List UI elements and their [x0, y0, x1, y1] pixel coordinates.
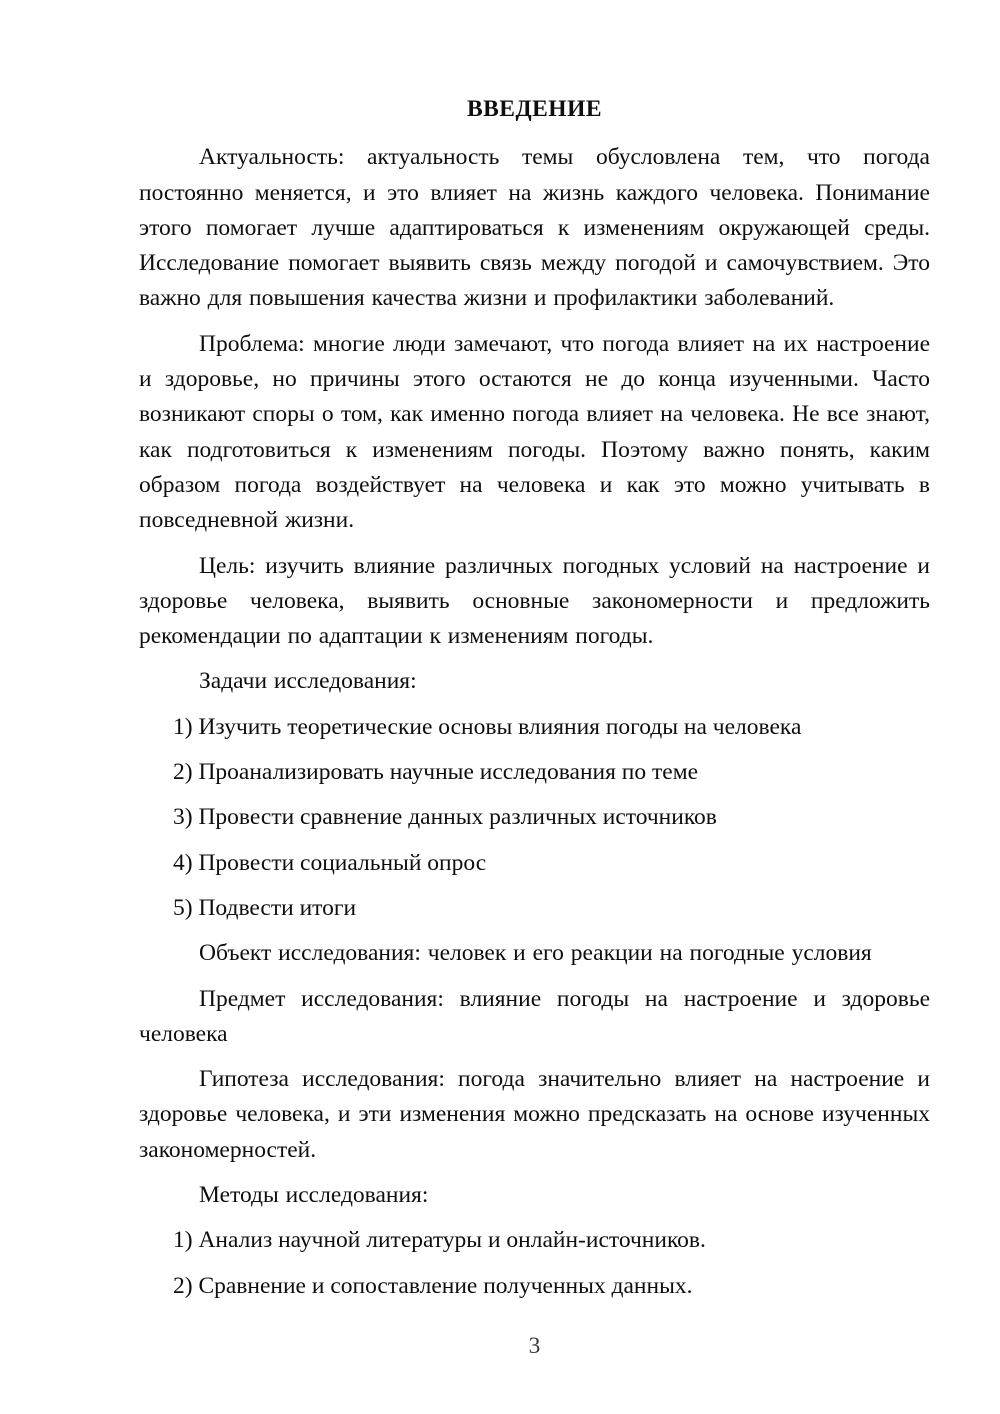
- methods-list: 1) Анализ научной литературы и онлайн-ис…: [139, 1223, 930, 1304]
- task-item-3: 3) Провести сравнение данных различных и…: [139, 800, 930, 835]
- method-item-2: 2) Сравнение и сопоставление полученных …: [139, 1269, 930, 1304]
- tasks-heading: Задачи исследования:: [139, 664, 930, 699]
- document-page: ВВЕДЕНИЕ Актуальность: актуальность темы…: [0, 0, 1000, 1414]
- paragraph-relevance: Актуальность: актуальность темы обусловл…: [139, 140, 930, 316]
- paragraph-hypothesis: Гипотеза исследования: погода значительн…: [139, 1062, 930, 1168]
- paragraph-problem: Проблема: многие люди замечают, что пого…: [139, 327, 930, 539]
- paragraph-object: Объект исследования: человек и его реакц…: [139, 936, 930, 971]
- paragraph-subject: Предмет исследования: влияние погоды на …: [139, 982, 930, 1053]
- page-title: ВВЕДЕНИЕ: [139, 92, 930, 127]
- paragraph-goal: Цель: изучить влияние различных погодных…: [139, 549, 930, 655]
- task-item-5: 5) Подвести итоги: [139, 891, 930, 926]
- methods-heading: Методы исследования:: [139, 1178, 930, 1213]
- task-item-1: 1) Изучить теоретические основы влияния …: [139, 710, 930, 745]
- task-item-4: 4) Провести социальный опрос: [139, 846, 930, 881]
- method-item-1: 1) Анализ научной литературы и онлайн-ис…: [139, 1223, 930, 1258]
- task-item-2: 2) Проанализировать научные исследования…: [139, 755, 930, 790]
- tasks-list: 1) Изучить теоретические основы влияния …: [139, 710, 930, 926]
- page-number: 3: [139, 1329, 930, 1364]
